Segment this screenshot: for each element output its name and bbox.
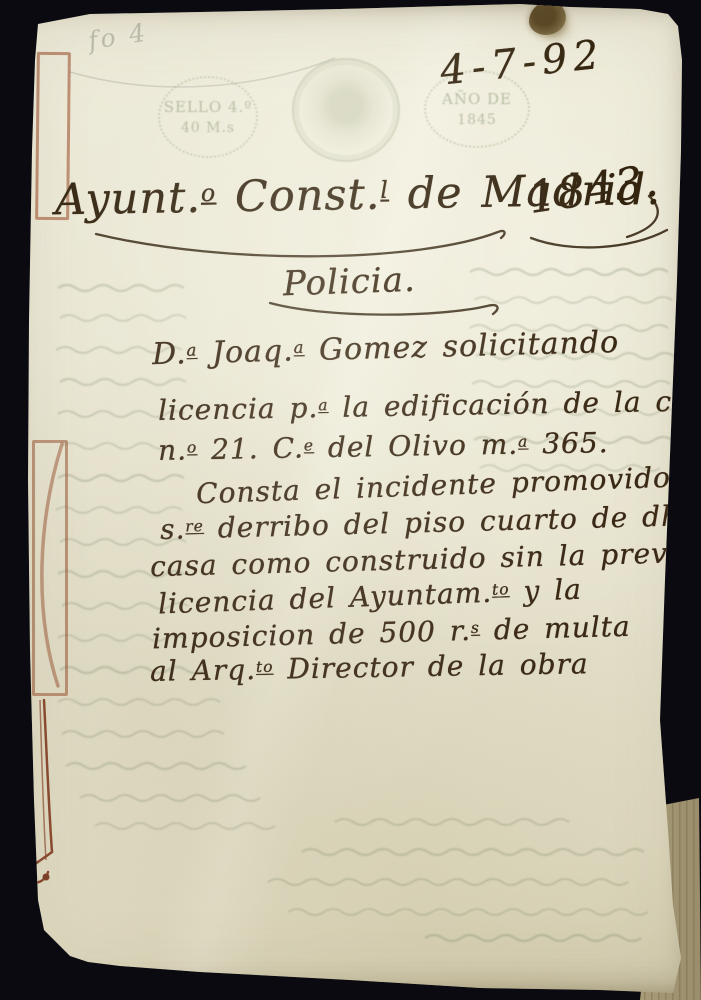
section-title: Policia. [282, 260, 416, 305]
paper-sheet: SELLO 4.º 40 M.s AÑO DE 1845 fo 4 4-7-92… [0, 0, 701, 1000]
scan-background: { "document": { "archival_code": "4-7-92… [0, 0, 701, 1000]
